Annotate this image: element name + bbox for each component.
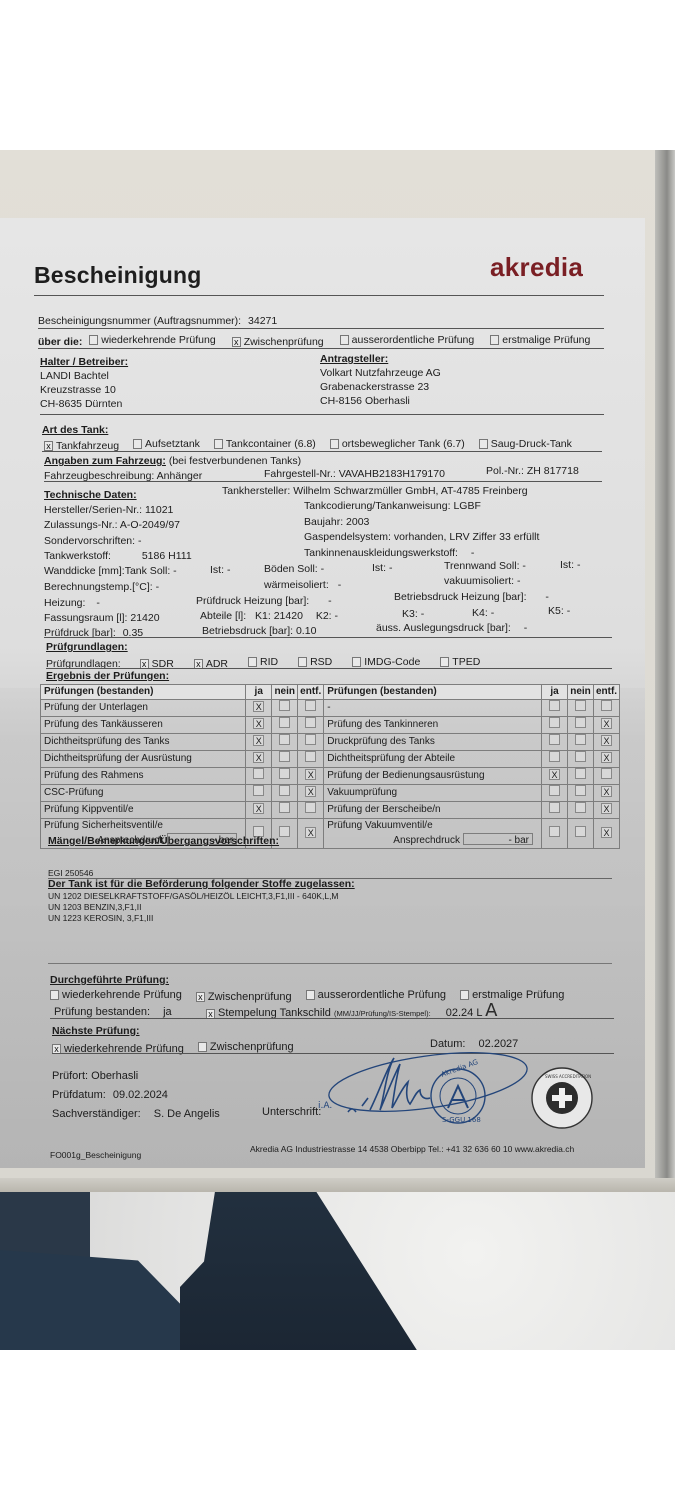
result-label: Prüfung der Unterlagen	[41, 700, 246, 717]
tank-manufacturer: Wilhelm Schwarzmüller GmbH, AT-4785 Frei…	[293, 485, 527, 497]
technical-heading: Technische Daten:	[44, 488, 137, 502]
tank-type-heading: Art des Tank:	[42, 423, 108, 437]
table-row: Prüfung der UnterlagenX-	[41, 700, 620, 717]
ja-checkbox[interactable]: X	[253, 752, 264, 763]
antragsteller-block: Antragsteller: Volkart Nutzfahrzeuge AG …	[320, 352, 441, 408]
ja-checkbox[interactable]	[549, 751, 560, 762]
performed-options: wiederkehrende PrüfungxZwischenprüfungau…	[50, 988, 578, 1004]
entf-checkbox[interactable]	[601, 768, 612, 779]
expert-name: S. De Angelis	[154, 1108, 220, 1120]
table-row: Dichtheitsprüfung der AusrüstungXDichthe…	[41, 751, 620, 768]
capacity: 21420	[130, 612, 159, 624]
result-label: Prüfung der Berscheibe/n	[324, 802, 542, 819]
nein-checkbox[interactable]	[279, 734, 290, 745]
performed-heading: Durchgeführte Prüfung:	[50, 973, 169, 987]
checkbox[interactable]	[460, 990, 469, 1000]
exam-type-wiederkehrende-pr-fung[interactable]: wiederkehrende Prüfung	[89, 333, 215, 347]
table-row: Prüfung des RahmensXPrüfung der Bedienun…	[41, 768, 620, 785]
result-label: Druckprüfung des Tanks	[324, 734, 542, 751]
exam-type-erstmalige-pr-fung[interactable]: erstmalige Prüfung	[490, 333, 590, 347]
signature-stamp: Akredia AG S-GGU 168 i.A.	[318, 1046, 538, 1126]
table-row: Dichtheitsprüfung des TanksXDruckprüfung…	[41, 734, 620, 751]
result-label: Dichtheitsprüfung des Tanks	[41, 734, 246, 751]
checkbox[interactable]	[440, 657, 449, 667]
checkbox[interactable]	[298, 657, 307, 667]
performed-erstmalige-pr-fung[interactable]: erstmalige Prüfung	[460, 988, 564, 1002]
ja-checkbox[interactable]: X	[549, 769, 560, 780]
result-label: Vakuumprüfung	[324, 785, 542, 802]
entf-checkbox[interactable]	[305, 751, 316, 762]
nein-checkbox[interactable]	[279, 717, 290, 728]
entf-checkbox[interactable]	[601, 700, 612, 711]
entf-checkbox[interactable]: X	[601, 786, 612, 797]
checkbox[interactable]	[89, 335, 98, 345]
entf-checkbox[interactable]: X	[601, 735, 612, 746]
paper-bottom-edge	[0, 1178, 675, 1192]
svg-text:Akredia AG: Akredia AG	[440, 1058, 479, 1079]
table-row: CSC-PrüfungXVakuumprüfungX	[41, 785, 620, 802]
entf-checkbox[interactable]: X	[305, 786, 316, 797]
ja-checkbox[interactable]	[253, 785, 264, 796]
exam-type-zwischenpr-fung[interactable]: xZwischenprüfung	[232, 335, 324, 349]
nein-checkbox[interactable]	[575, 826, 586, 837]
ja-checkbox[interactable]	[549, 700, 560, 711]
tank-type-ortsbeweglicher-tank-6-7[interactable]: ortsbeweglicher Tank (6.7)	[330, 437, 465, 451]
nein-checkbox[interactable]	[575, 785, 586, 796]
performed-ausserordentliche-pr-fung[interactable]: ausserordentliche Prüfung	[306, 988, 446, 1002]
ja-checkbox[interactable]	[549, 717, 560, 728]
entf-checkbox[interactable]	[305, 717, 316, 728]
ja-checkbox[interactable]	[549, 785, 560, 796]
svg-text:i.A.: i.A.	[318, 1101, 332, 1111]
nein-checkbox[interactable]	[279, 802, 290, 813]
entf-checkbox[interactable]: X	[601, 803, 612, 814]
substance-list: UN 1202 DIESELKRAFTSTOFF/GASÖL/HEIZÖL LE…	[48, 891, 339, 924]
nein-checkbox[interactable]	[575, 734, 586, 745]
company-footer: Akredia AG Industriestrasse 14 4538 Ober…	[250, 1142, 574, 1156]
vehicle-heading: Angaben zum Fahrzeug: (bei festverbunden…	[44, 454, 301, 468]
nein-checkbox[interactable]	[575, 751, 586, 762]
checkbox[interactable]	[330, 439, 339, 449]
ja-checkbox[interactable]: X	[253, 718, 264, 729]
checkbox[interactable]	[50, 990, 59, 1000]
nein-checkbox[interactable]	[575, 802, 586, 813]
checkbox[interactable]: x	[232, 337, 241, 347]
result-label: Prüfung Kippventil/e	[41, 802, 246, 819]
entf-checkbox[interactable]: X	[601, 827, 612, 838]
ja-checkbox[interactable]	[253, 768, 264, 779]
checkbox[interactable]	[479, 439, 488, 449]
next-heading: Nächste Prüfung:	[52, 1024, 140, 1038]
checkbox[interactable]	[248, 657, 257, 667]
sign-block: Prüfort: Oberhasli Prüfdatum: 09.02.2024…	[52, 1067, 220, 1124]
checkbox[interactable]	[490, 335, 499, 345]
performed-zwischenpr-fung[interactable]: xZwischenprüfung	[196, 990, 292, 1004]
result-label: Prüfung des Tankinneren	[324, 717, 542, 734]
ja-checkbox[interactable]	[549, 734, 560, 745]
signature-label: Unterschrift:	[262, 1105, 321, 1119]
entf-checkbox[interactable]: X	[305, 827, 316, 838]
nein-checkbox[interactable]	[279, 768, 290, 779]
nein-checkbox[interactable]	[279, 700, 290, 711]
substance-item: UN 1203 BENZIN,3,F1,II	[48, 902, 339, 913]
tank-type-tankcontainer-6-8[interactable]: Tankcontainer (6.8)	[214, 437, 316, 451]
ja-checkbox[interactable]	[549, 802, 560, 813]
checkbox[interactable]	[133, 439, 142, 449]
substance-item: UN 1223 KEROSIN, 3,F1,III	[48, 913, 339, 924]
folder-edge	[655, 150, 675, 1190]
results-header: Prüfungen (bestanden)janeinentf.Prüfunge…	[41, 685, 620, 700]
ja-checkbox[interactable]: X	[253, 701, 264, 712]
exam-date: 09.02.2024	[113, 1089, 168, 1101]
swiss-accreditation-badge: SWISS ACCREDITATION	[530, 1066, 594, 1130]
chassis-number: VAVAHB2183H179170	[339, 468, 445, 480]
exam-type-ausserordentliche-pr-fung[interactable]: ausserordentliche Prüfung	[340, 333, 475, 347]
next-zwischenpr-fung[interactable]: Zwischenprüfung	[198, 1040, 294, 1054]
grundlagen-heading: Prüfgrundlagen:	[46, 640, 128, 654]
cert-number: 34271	[248, 315, 277, 327]
tank-type-aufsetztank[interactable]: Aufsetztank	[133, 437, 200, 451]
result-label: Prüfung des Tankäusseren	[41, 717, 246, 734]
entf-checkbox[interactable]: X	[305, 769, 316, 780]
entf-checkbox[interactable]: X	[601, 718, 612, 729]
checkbox[interactable]	[340, 335, 349, 345]
results-table: Prüfungen (bestanden)janeinentf.Prüfunge…	[40, 684, 620, 849]
result-label: Prüfung der Bedienungsausrüstung	[324, 768, 542, 785]
ansprechdruck-field[interactable]: - bar	[463, 833, 533, 845]
result-label: Dichtheitsprüfung der Abteile	[324, 751, 542, 768]
cert-number-row: Bescheinigungsnummer (Auftragsnummer): 3…	[38, 314, 277, 328]
doc-title: Bescheinigung	[34, 268, 201, 282]
grundlage-tped[interactable]: TPED	[440, 655, 480, 669]
results-heading: Ergebnis der Prüfungen:	[46, 669, 169, 683]
ja-checkbox[interactable]	[549, 826, 560, 837]
remarks-heading: Mängel/Bemerkungen/Übergangsvorschriften…	[48, 834, 279, 848]
certificate-paper: Bescheinigung akredia Bescheinigungsnumm…	[0, 218, 645, 1168]
nein-checkbox[interactable]	[279, 826, 290, 837]
ja-checkbox[interactable]: X	[253, 803, 264, 814]
checkbox[interactable]: x	[196, 992, 205, 1002]
nein-checkbox[interactable]	[575, 717, 586, 728]
result-label: CSC-Prüfung	[41, 785, 246, 802]
substance-item: UN 1202 DIESELKRAFTSTOFF/GASÖL/HEIZÖL LE…	[48, 891, 339, 902]
ja-checkbox[interactable]: X	[253, 735, 264, 746]
svg-text:S-GGU 168: S-GGU 168	[442, 1116, 481, 1124]
entf-checkbox[interactable]: X	[601, 752, 612, 763]
tank-type-saug-druck-tank[interactable]: Saug-Druck-Tank	[479, 437, 572, 451]
pol-number: ZH 817718	[527, 465, 579, 477]
halter-block: Halter / Betreiber: LANDI Bachtel Kreuzs…	[40, 355, 128, 411]
result-label: -	[324, 700, 542, 717]
form-id: FO001g_Bescheinigung	[50, 1148, 141, 1162]
table-row: Prüfung des TankäusserenXPrüfung des Tan…	[41, 717, 620, 734]
entf-checkbox[interactable]	[305, 802, 316, 813]
substances-heading: Der Tank ist für die Beförderung folgend…	[48, 877, 355, 891]
grundlage-imdg-code[interactable]: IMDG-Code	[352, 655, 420, 669]
svg-text:SWISS ACCREDITATION: SWISS ACCREDITATION	[545, 1074, 591, 1079]
checkbox[interactable]	[198, 1042, 207, 1052]
checkbox[interactable]	[352, 657, 361, 667]
entf-checkbox[interactable]	[305, 734, 316, 745]
nein-checkbox[interactable]	[575, 700, 586, 711]
exam-type-row: über die: wiederkehrende PrüfungxZwische…	[38, 333, 606, 349]
checkbox[interactable]: x	[44, 441, 53, 451]
entf-checkbox[interactable]	[305, 700, 316, 711]
result-label: Prüfung Vakuumventil/eAnsprechdruck- bar	[324, 819, 542, 849]
nein-checkbox[interactable]	[279, 751, 290, 762]
performed-wiederkehrende-pr-fung[interactable]: wiederkehrende Prüfung	[50, 988, 182, 1002]
passed-value: ja	[163, 1006, 172, 1018]
grundlage-rsd[interactable]: RSD	[298, 655, 332, 669]
checkbox[interactable]	[306, 990, 315, 1000]
grundlage-rid[interactable]: RID	[248, 655, 278, 669]
checkbox[interactable]	[214, 439, 223, 449]
result-label: Prüfung des Rahmens	[41, 768, 246, 785]
table-row: Prüfung Kippventil/eXPrüfung der Bersche…	[41, 802, 620, 819]
brand-logo: akredia	[490, 260, 583, 274]
nein-checkbox[interactable]	[575, 768, 586, 779]
result-label: Dichtheitsprüfung der Ausrüstung	[41, 751, 246, 768]
nein-checkbox[interactable]	[279, 785, 290, 796]
